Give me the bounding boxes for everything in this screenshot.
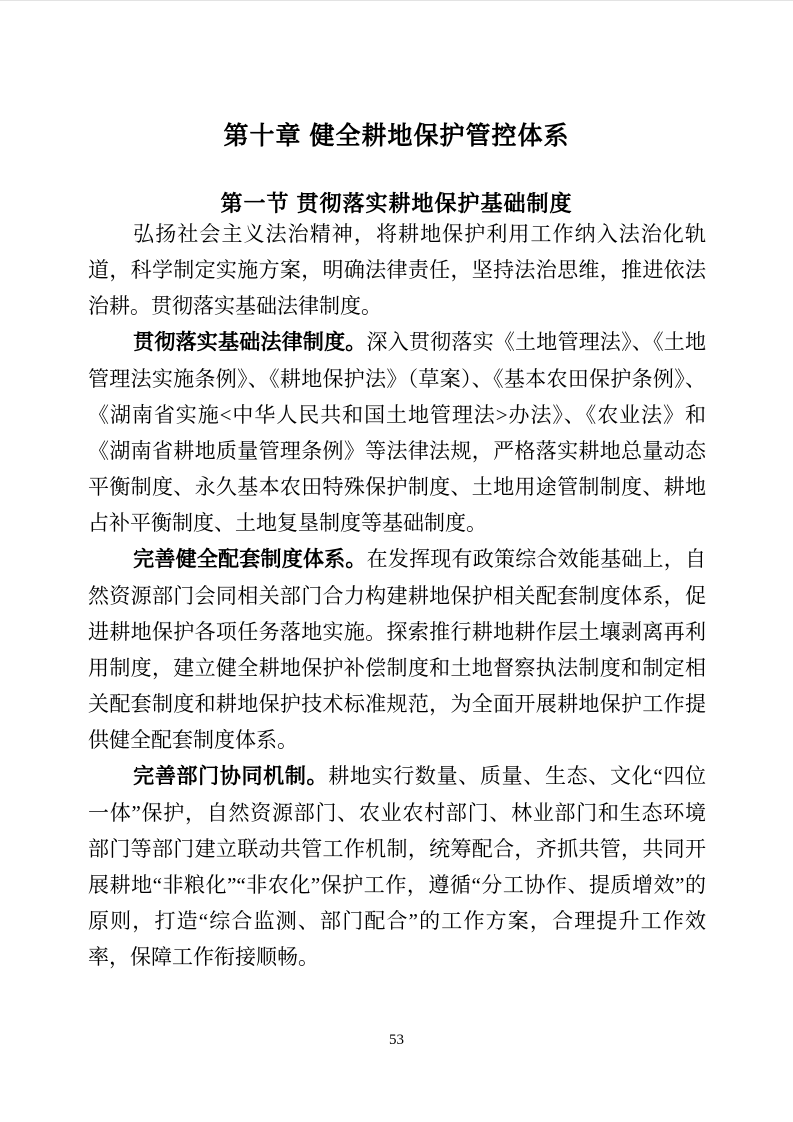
paragraph-department-coordination-text: 耕地实行数量、质量、生态、文化“四位一体”保护，自然资源部门、农业农村部门、林业… [88,764,706,969]
paragraph-basic-law-lead: 贯彻落实基础法律制度。 [133,331,366,354]
paragraph-department-coordination: 完善部门协同机制。耕地实行数量、质量、生态、文化“四位一体”保护，自然资源部门、… [88,758,706,975]
chapter-title: 第十章 健全耕地保护管控体系 [0,121,793,151]
paragraph-supporting-system-lead: 完善健全配套制度体系。 [133,548,366,571]
paragraph-intro: 弘扬社会主义法治精神，将耕地保护利用工作纳入法治化轨道，科学制定实施方案，明确法… [88,216,706,324]
section-title: 第一节 贯彻落实耕地保护基础制度 [0,190,793,218]
paragraph-basic-law: 贯彻落实基础法律制度。深入贯彻落实《土地管理法》、《土地管理法实施条例》、《耕地… [88,324,706,541]
paragraph-supporting-system: 完善健全配套制度体系。在发挥现有政策综合效能基础上，自然资源部门会同相关部门合力… [88,541,706,758]
page-top-edge [0,0,793,1]
paragraph-department-coordination-lead: 完善部门协同机制。 [133,765,328,788]
paragraph-supporting-system-text: 在发挥现有政策综合效能基础上，自然资源部门会同相关部门合力构建耕地保护相关配套制… [88,547,706,752]
document-page: 第十章 健全耕地保护管控体系 第一节 贯彻落实耕地保护基础制度 弘扬社会主义法治… [0,0,793,1122]
body-text: 弘扬社会主义法治精神，将耕地保护利用工作纳入法治化轨道，科学制定实施方案，明确法… [88,216,706,975]
paragraph-intro-text: 弘扬社会主义法治精神，将耕地保护利用工作纳入法治化轨道，科学制定实施方案，明确法… [88,222,706,318]
paragraph-basic-law-text: 深入贯彻落实《土地管理法》、《土地管理法实施条例》、《耕地保护法》（草案）、《基… [88,330,706,535]
page-number: 53 [0,1032,793,1049]
